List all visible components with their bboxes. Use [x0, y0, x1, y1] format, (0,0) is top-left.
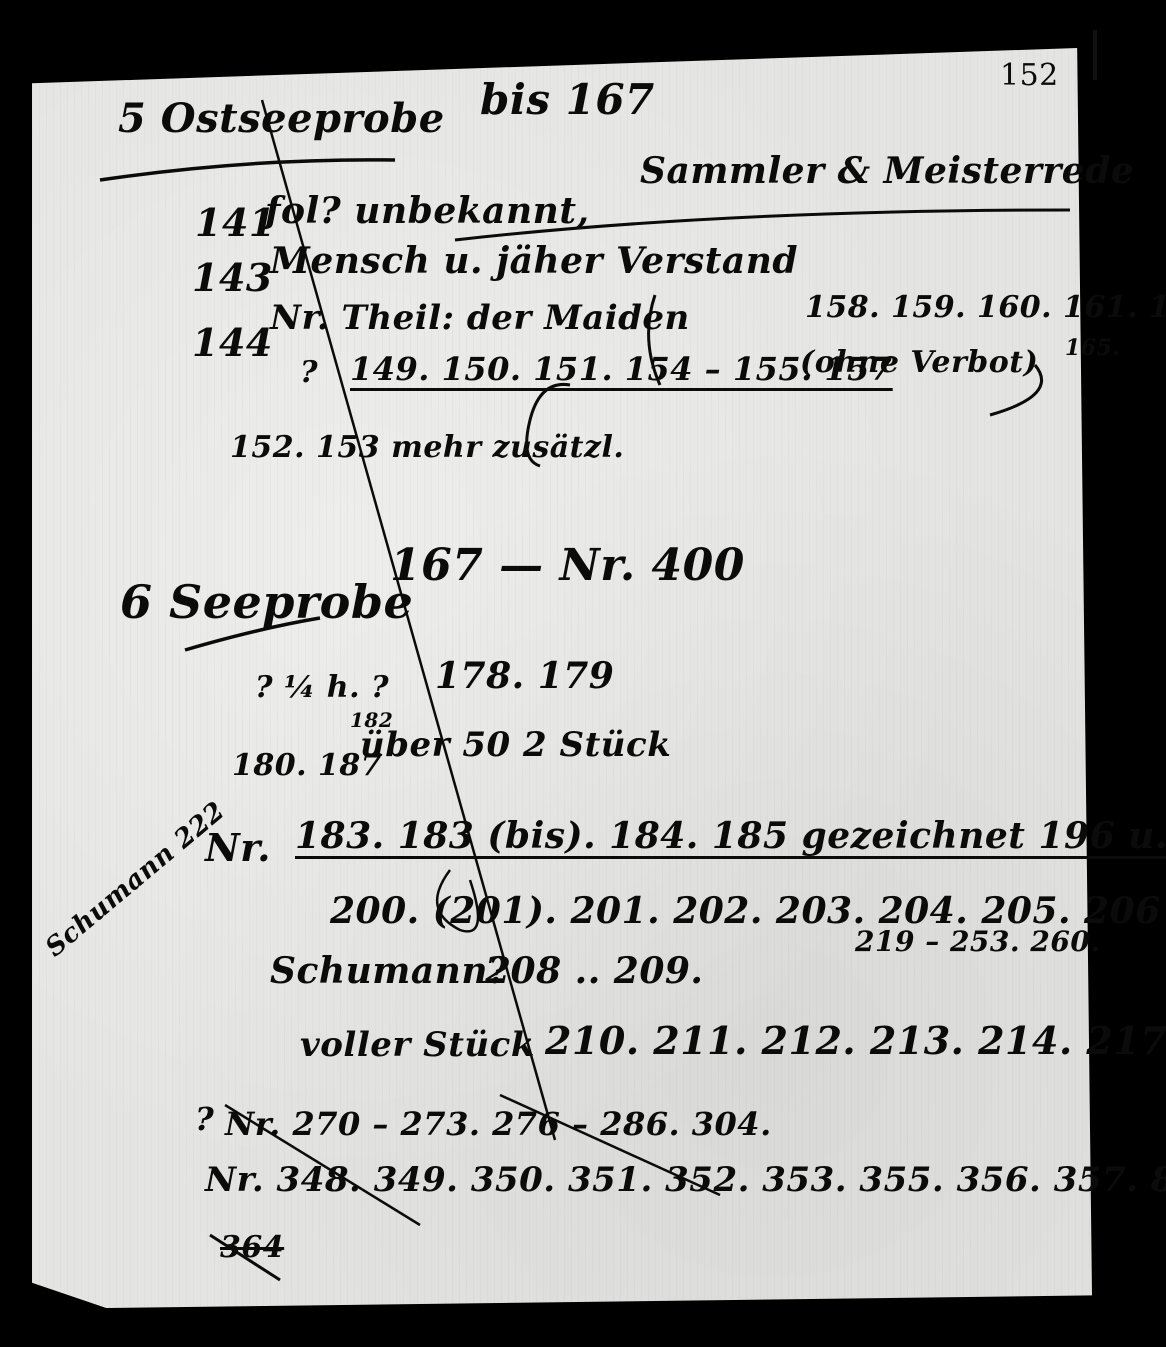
entry-143-num: 143 [192, 255, 273, 300]
page-edge [1093, 30, 1097, 80]
section-6-range: 167 — Nr. 400 [390, 540, 745, 591]
entry-143-text: Mensch u. jäher Verstand [270, 240, 798, 282]
entry-144-num: 144 [192, 320, 273, 365]
entry-208-209: 208 .. 209. [485, 950, 703, 992]
entry-schumann: Schumann? [270, 950, 510, 992]
entry-219-260: 219 – 253. 260. [855, 925, 1101, 958]
struck-line-270: Nr. 270 – 273. 276 – 286. 304. [225, 1105, 772, 1143]
entry-50-stueck: über 50 2 Stück [360, 725, 671, 765]
entry-141-num: 141 [195, 200, 276, 245]
entry-141-underlined: Sammler & Meisterrede [640, 150, 1134, 192]
section-6-heading: 6 Seeprobe [120, 575, 413, 629]
entry-141-text: fol? unbekannt, [265, 190, 590, 232]
entry-210-218: 210. 211. 212. 213. 214. 217. 218. [545, 1018, 1166, 1063]
section-5-heading: 5 Ostseeprobe [118, 95, 445, 142]
entry-quarter-prefix: ? ¼ h. ? [255, 670, 389, 705]
entry-152-153: 152. 153 mehr zusätzl. [230, 430, 624, 465]
struck-prefix: ? [195, 1100, 214, 1138]
entry-183-199: 183. 183 (bis). 184. 185 gezeichnet 196 … [295, 815, 1166, 857]
struck-line-348: Nr. 348. 349. 350. 351. 352. 353. 355. 3… [205, 1160, 1166, 1200]
struck-line-364: 364 [220, 1230, 284, 1265]
entry-prefix-q: ? [300, 355, 318, 390]
entry-tail-165: 165. [1065, 335, 1121, 361]
page-number: 152 [1000, 58, 1059, 93]
section-5-heading-suffix: bis 167 [480, 75, 655, 124]
entry-144-text: Nr. Theil: der Maiden [270, 298, 690, 338]
entry-voller-stueck: voller Stück [300, 1025, 535, 1065]
entry-paren-note: (ohne Verbot) [800, 345, 1038, 380]
entry-178-179: 178. 179 [435, 655, 614, 697]
entry-144-bracket: 158. 159. 160. 161. 162 [805, 290, 1166, 325]
